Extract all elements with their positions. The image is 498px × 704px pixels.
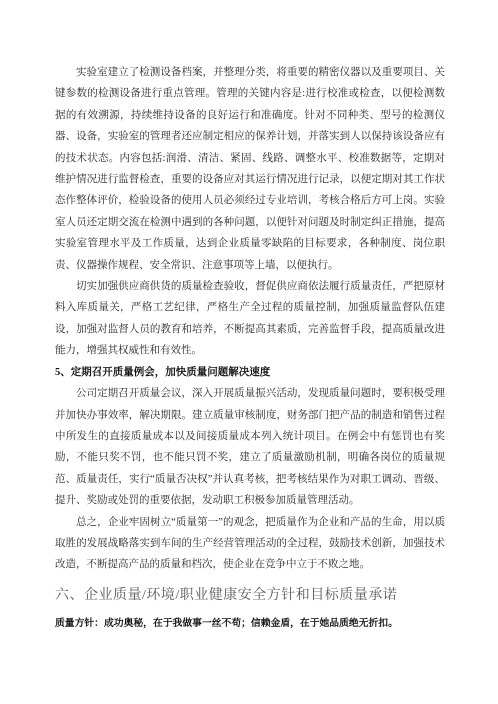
section-heading-quality-policy: 六、企业质量/环境/职业健康安全方针和目标质量承诺 (55, 585, 445, 606)
paragraph-supplier-quality: 切实加强供应商供货的质量检查验收，督促供应商依法履行质量责任，严把原材料入库质量… (55, 276, 445, 362)
paragraph-summary: 总之，企业牢固树立“质量第一”的观念，把质量作为企业和产品的生命，用以质取胜的发… (55, 512, 445, 576)
document-page: 实验室建立了检测设备档案，并整理分类，将重要的精密仪器以及重要项目、关键参数的检… (0, 0, 498, 704)
paragraph-equipment-records: 实验室建立了检测设备档案，并整理分类，将重要的精密仪器以及重要项目、关键参数的检… (55, 62, 445, 276)
quality-policy-statement: 质量方针：成功奥秘，在于我做事一丝不苟；信赖金盾，在于她品质绝无折扣。 (55, 617, 445, 631)
document-content: 实验室建立了检测设备档案，并整理分类，将重要的精密仪器以及重要项目、关键参数的检… (55, 62, 445, 631)
heading-quality-meeting: 5、定期召开质量例会，加快质量问题解决速度 (55, 362, 445, 383)
paragraph-quality-meeting-detail: 公司定期召开质量会议，深入开展质量振兴活动，发现质量问题时，要积极受理并加快办事… (55, 383, 445, 511)
